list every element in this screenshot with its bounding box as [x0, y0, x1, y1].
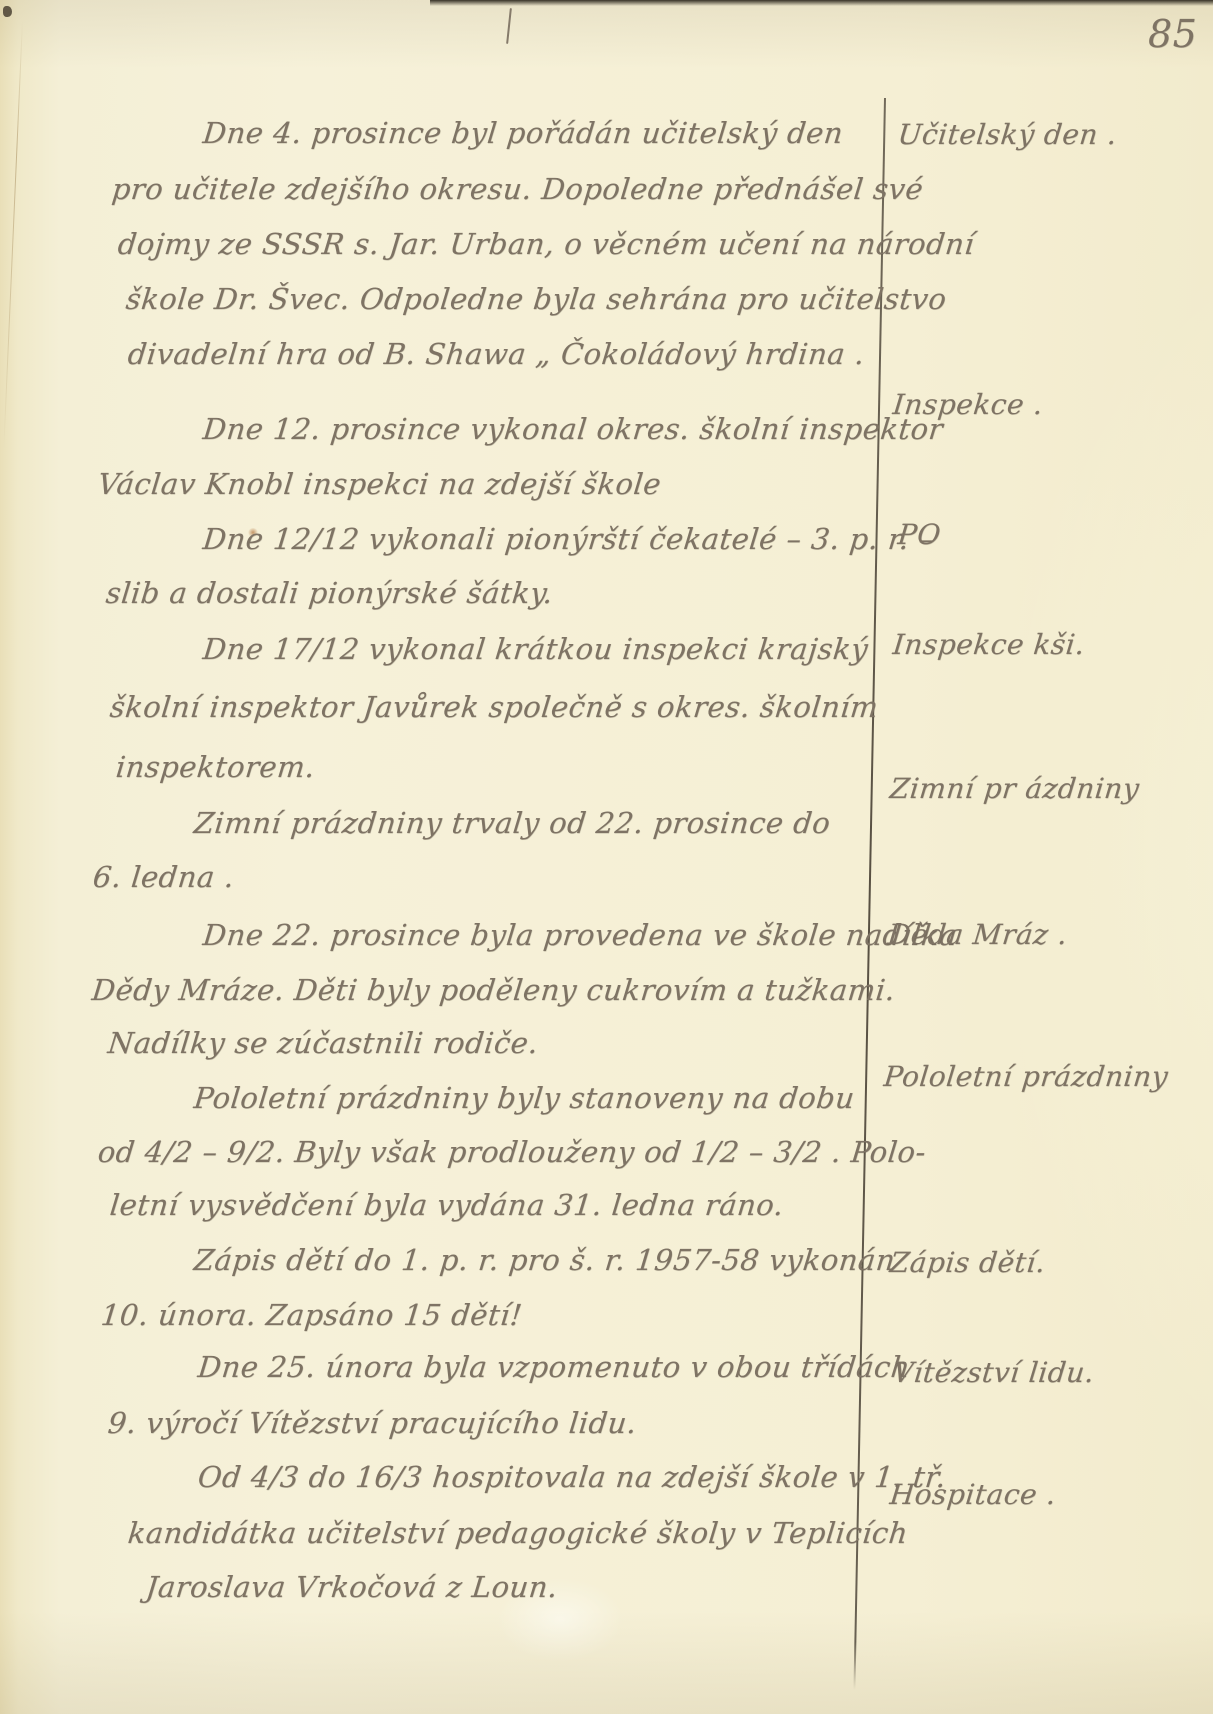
text-line: školní inspektor Javůrek společně s okre…	[108, 690, 880, 724]
stray-ink-mark	[506, 8, 512, 44]
margin-note: PO	[896, 518, 942, 551]
text-line: Jaroslava Vrkočová z Loun.	[144, 1570, 559, 1604]
corner-ink-speck	[3, 6, 12, 17]
margin-note: Učitelský den .	[896, 118, 1118, 151]
text-line: Nadílky se zúčastnili rodiče.	[106, 1026, 540, 1060]
text-line: pro učitele zdejšího okresu. Dopoledne p…	[110, 172, 925, 206]
margin-note: Zápis dětí.	[888, 1246, 1047, 1279]
text-line: Dne 12. prosince vykonal okres. školní i…	[201, 412, 945, 446]
margin-note: Zimní pr ázdniny	[888, 772, 1141, 805]
text-line: Od 4/3 do 16/3 hospitovala na zdejší ško…	[196, 1460, 948, 1494]
text-line: Dne 17/12 vykonal krátkou inspekci krajs…	[201, 632, 870, 666]
scan-top-edge-shadow	[430, 0, 1213, 6]
text-line: Pololetní prázdniny byly stanoveny na do…	[192, 1081, 856, 1115]
text-line: od 4/2 – 9/2. Byly však prodlouženy od 1…	[96, 1135, 928, 1169]
margin-note: Inspekce .	[891, 388, 1044, 421]
text-line: 10. února. Zapsáno 15 dětí!	[99, 1298, 524, 1332]
margin-note: Inspekce kši.	[891, 628, 1086, 661]
text-line: Dne 25. února byla vzpomenuto v obou tří…	[196, 1350, 912, 1384]
margin-note: Vítězství lidu.	[891, 1356, 1096, 1389]
text-line: Zápis dětí do 1. p. r. pro š. r. 1957-58…	[192, 1243, 897, 1277]
text-line: inspektorem.	[114, 750, 317, 784]
text-line: Zimní prázdniny trvaly od 22. prosince d…	[192, 806, 832, 840]
margin-note: Hospitace .	[888, 1478, 1057, 1511]
text-line: 6. ledna .	[91, 860, 236, 894]
text-line: Dědy Mráze. Děti byly poděleny cukrovím …	[90, 973, 897, 1007]
text-line: Dne 4. prosince byl pořádán učitelský de…	[201, 116, 845, 150]
margin-note: Děda Mráz .	[886, 918, 1069, 951]
text-line: slib a dostali pionýrské šátky.	[104, 576, 555, 610]
paper-crease	[3, 20, 23, 450]
text-line: kandidátka učitelství pedagogické školy …	[126, 1516, 910, 1550]
text-line: škole Dr. Švec. Odpoledne byla sehrána p…	[124, 282, 948, 316]
text-line: dojmy ze SSSR s. Jar. Urban, o věcném uč…	[116, 227, 976, 261]
text-line: 9. výročí Vítězství pracujícího lidu.	[106, 1406, 638, 1440]
text-line: Dne 12/12 vykonali pionýrští čekatelé – …	[201, 522, 935, 556]
text-line: letní vysvědčení byla vydána 31. ledna r…	[108, 1188, 785, 1222]
text-line: Dne 22. prosince byla provedena ve škole…	[201, 918, 959, 952]
margin-note: Pololetní prázdniny	[882, 1060, 1170, 1093]
text-line: divadelní hra od B. Shawa „ Čokoládový h…	[126, 337, 866, 371]
page-number: 85	[1148, 12, 1197, 56]
chronicle-page: 85 Dne 4. prosince byl pořádán učitelský…	[0, 0, 1213, 1714]
text-line: Václav Knobl inspekci na zdejší škole	[96, 467, 663, 501]
